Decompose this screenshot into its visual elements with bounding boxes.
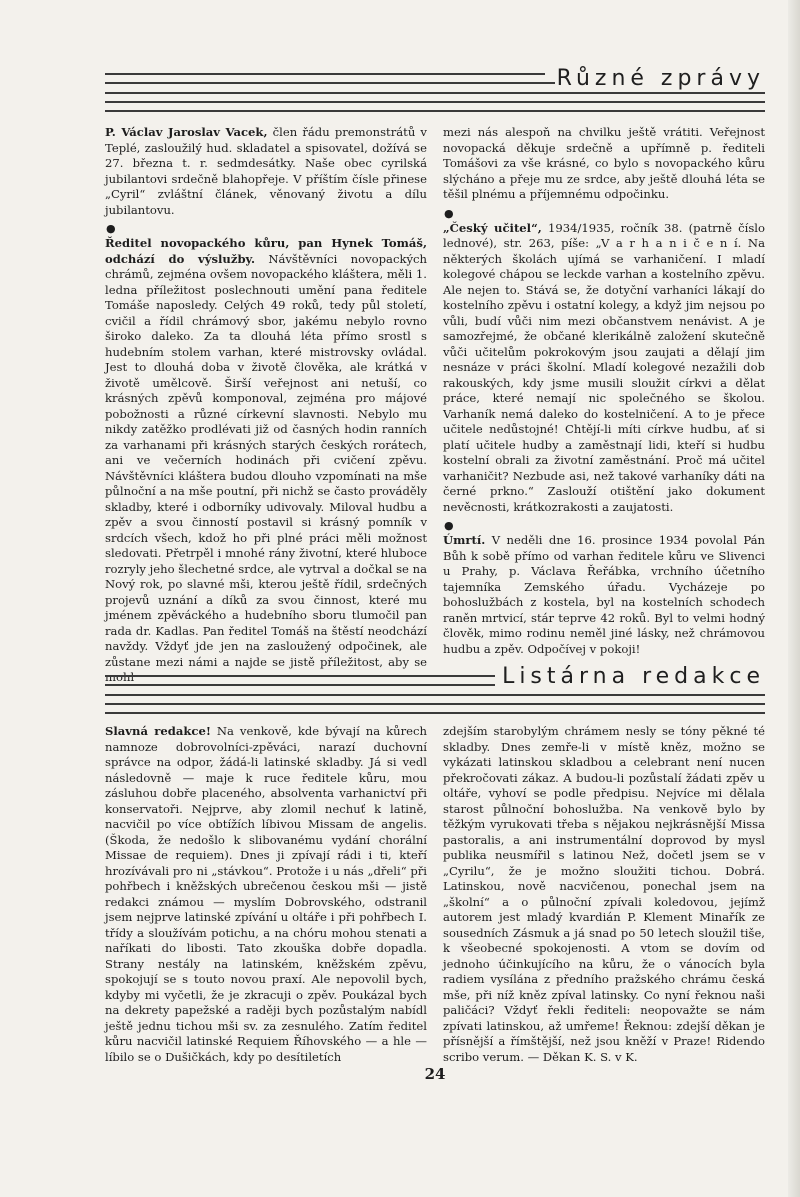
article-body: V neděli dne 16. prosince 1934 povolal P…: [443, 533, 765, 656]
right-column: mezi nás alespoň na chvilku ještě vrátit…: [443, 125, 765, 686]
header-rule: [105, 694, 765, 696]
letter-salutation: Slavná redakce!: [105, 724, 211, 738]
article-lead: „Český učitel“,: [443, 221, 542, 235]
section-body-ruzne-zpravy: P. Václav Jaroslav Vacek, člen řádu prem…: [105, 125, 765, 686]
separator-bullet: ●: [106, 222, 427, 236]
page-number: 24: [0, 1065, 800, 1083]
article-lead: Úmrtí.: [443, 533, 485, 547]
article-body: Návštěvníci novopackých chrámů, zejména …: [105, 252, 427, 685]
header-rule: [105, 684, 495, 686]
section-body-listarna-redakce: Slavná redakce! Na venkově, kde bývají n…: [105, 724, 765, 1065]
article-vacek: P. Václav Jaroslav Vacek, člen řádu prem…: [105, 125, 427, 218]
header-rule: [105, 73, 545, 75]
article-cesky-ucitel: „Český učitel“, 1934/1935, ročník 38. (p…: [443, 221, 765, 516]
left-column: Slavná redakce! Na venkově, kde bývají n…: [105, 724, 427, 1065]
article-tomas: Ředitel novopackého kůru, pan Hynek Tomá…: [105, 236, 427, 686]
section-header-ruzne-zpravy: Různé zprávy: [105, 63, 765, 118]
right-column: zdejším starobylým chrámem nesly se tóny…: [443, 724, 765, 1065]
article-tomas-continued: mezi nás alespoň na chvilku ještě vrátit…: [443, 125, 765, 203]
letter-part-1: Slavná redakce! Na venkově, kde bývají n…: [105, 724, 427, 1065]
header-rule: [105, 101, 765, 103]
header-rule: [105, 110, 765, 112]
letter-body: Na venkově, kde bývají na kůrech namnoze…: [105, 724, 427, 1064]
header-rule: [105, 82, 555, 84]
section-title: Listárna redakce: [500, 664, 765, 689]
article-body: 1934/1935, ročník 38. (patrně číslo ledn…: [443, 221, 765, 514]
article-body: mezi nás alespoň na chvilku ještě vrátit…: [443, 125, 765, 201]
letter-body: zdejším starobylým chrámem nesly se tóny…: [443, 724, 765, 1064]
header-rule: [105, 703, 765, 705]
article-lead: P. Václav Jaroslav Vacek,: [105, 125, 267, 139]
header-rule: [105, 712, 765, 714]
section-title: Různé zprávy: [555, 66, 765, 91]
separator-bullet: ●: [444, 519, 765, 533]
page-edge-shadow: [788, 0, 800, 1197]
letter-part-2: zdejším starobylým chrámem nesly se tóny…: [443, 724, 765, 1065]
left-column: P. Václav Jaroslav Vacek, člen řádu prem…: [105, 125, 427, 686]
separator-bullet: ●: [444, 207, 765, 221]
article-umrti: Úmrtí. V neděli dne 16. prosince 1934 po…: [443, 533, 765, 657]
header-rule: [105, 92, 765, 94]
header-rule: [105, 675, 495, 677]
section-header-listarna-redakce: Listárna redakce: [105, 663, 765, 718]
